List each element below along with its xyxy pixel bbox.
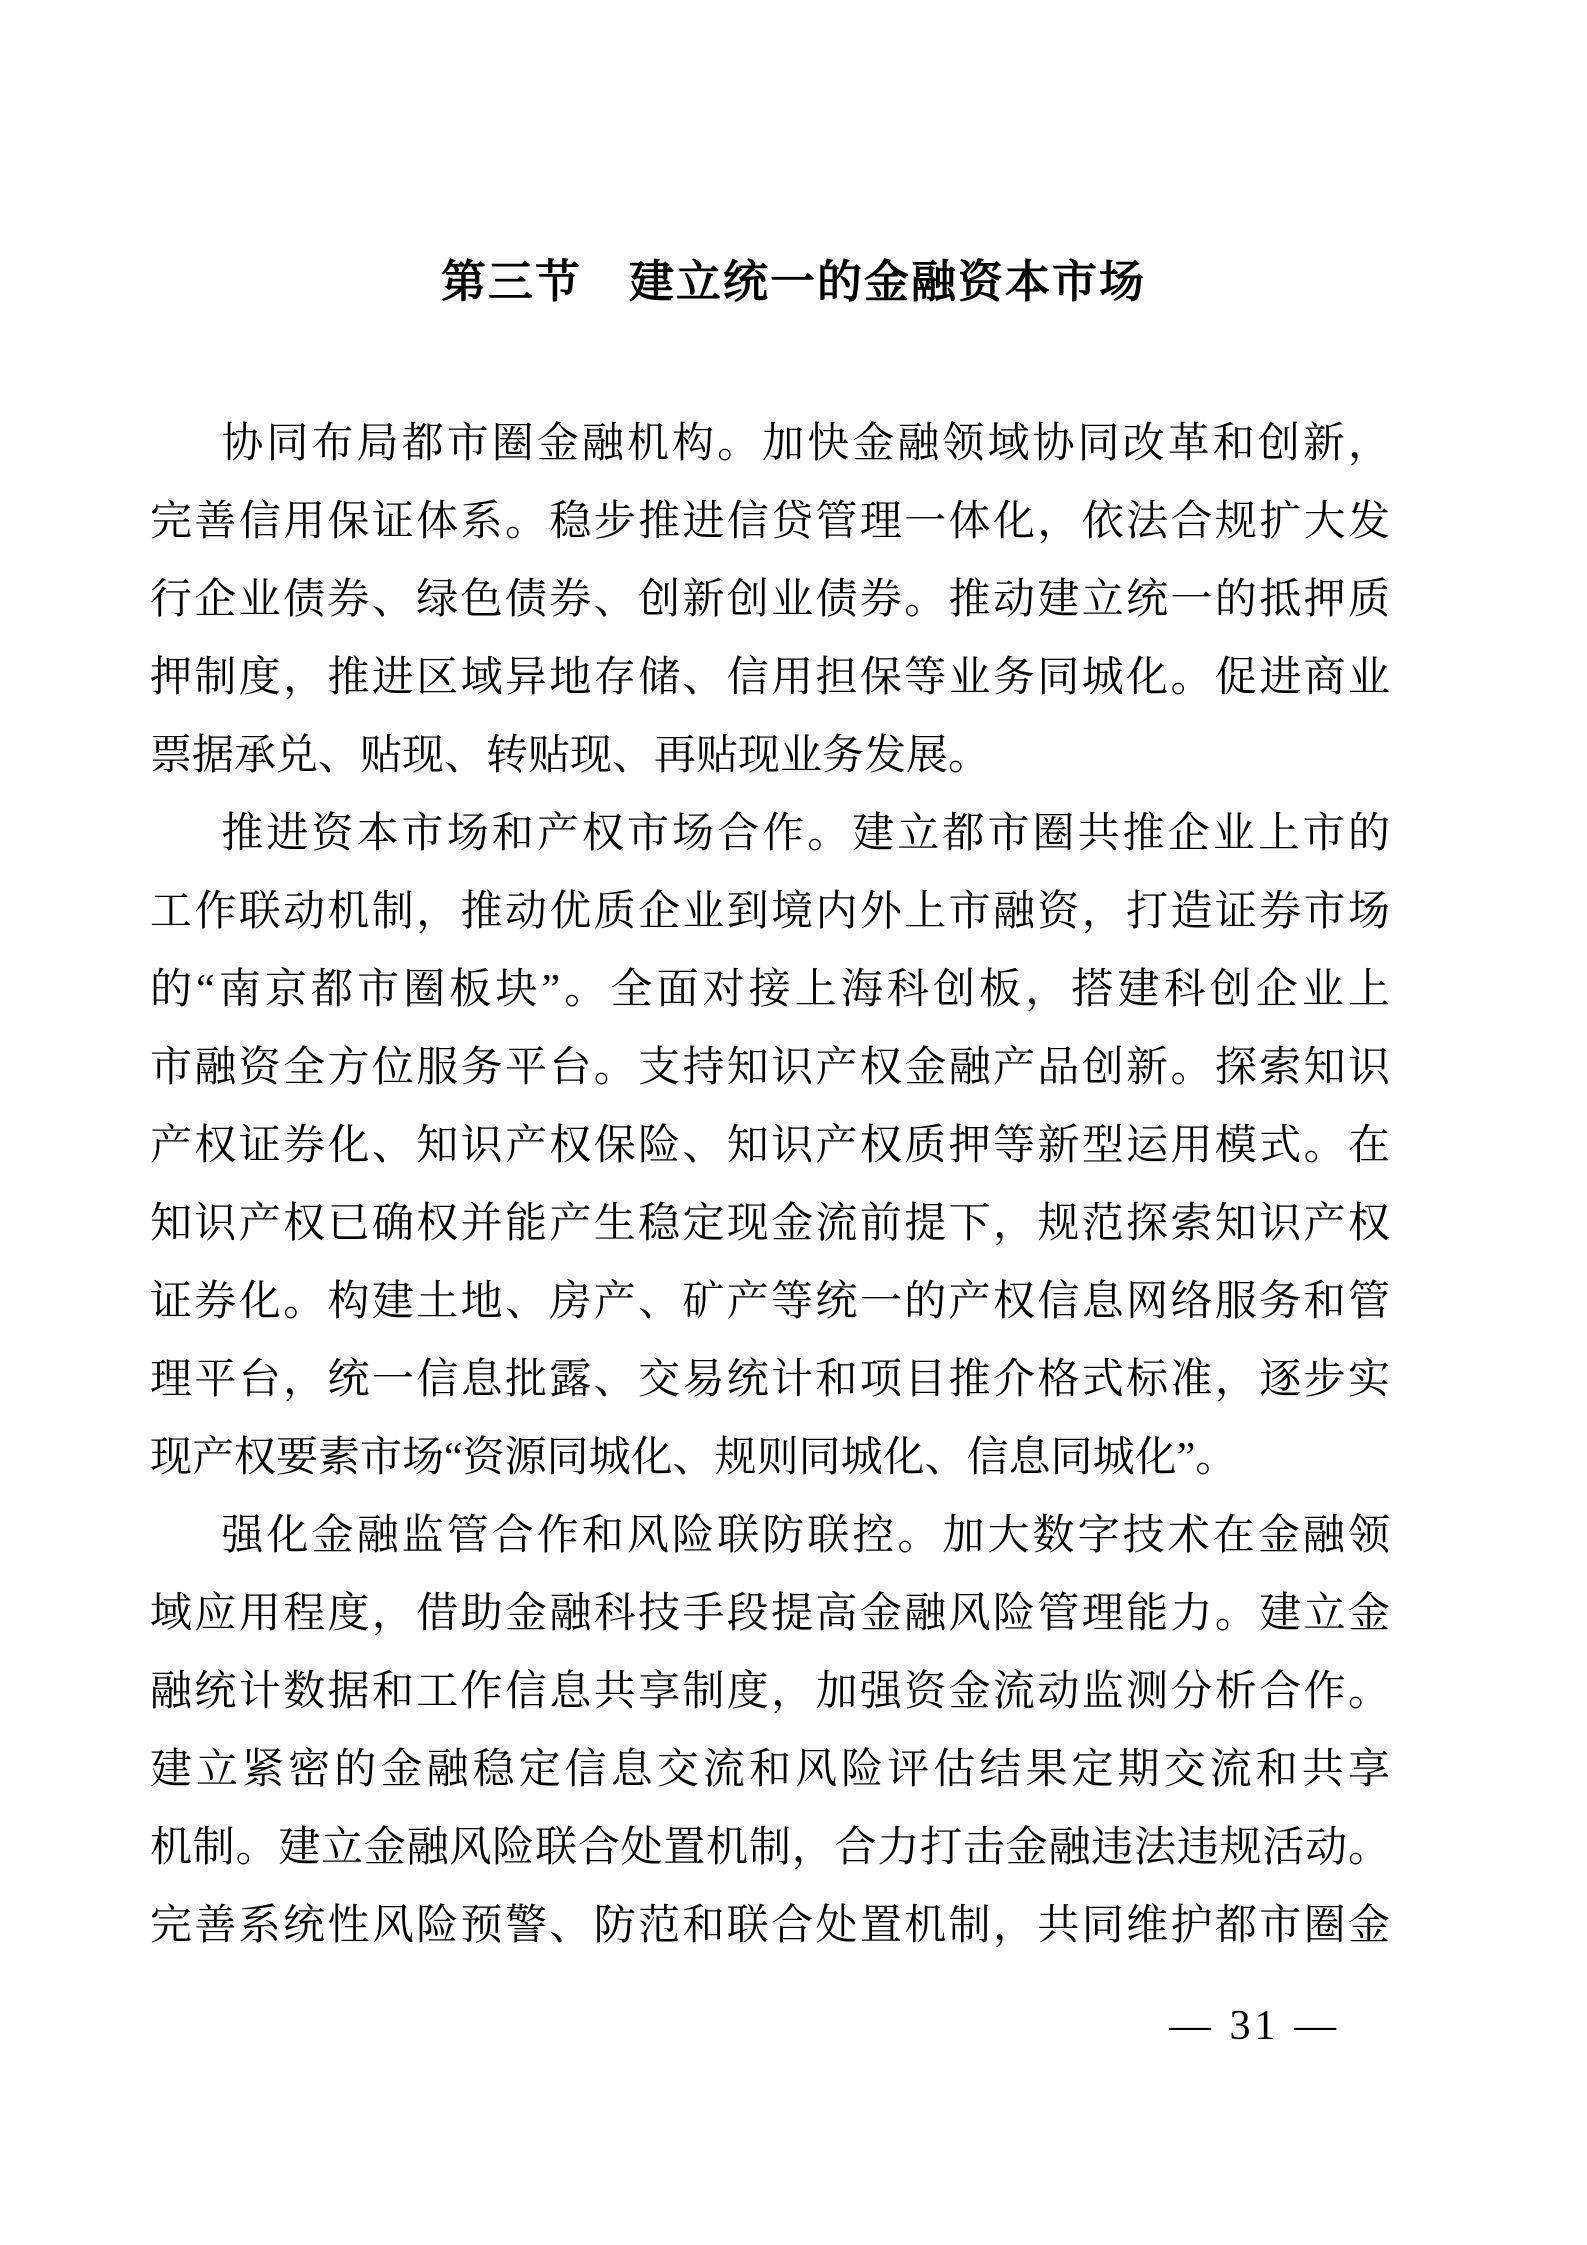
body-line: 建立紧密的金融稳定信息交流和风险评估结果定期交流和共享	[150, 1731, 1390, 1809]
body-line: 现产权要素市场“资源同城化、规则同城化、信息同城化”。	[150, 1419, 1390, 1497]
body-line: 推进资本市场和产权市场合作。建立都市圈共推企业上市的	[150, 795, 1390, 873]
body-line: 机制。建立金融风险联合处置机制，合力打击金融违法违规活动。	[150, 1809, 1390, 1887]
body-line: 市融资全方位服务平台。支持知识产权金融产品创新。探索知识	[150, 1029, 1390, 1107]
body-line: 完善系统性风险预警、防范和联合处置机制，共同维护都市圈金	[150, 1887, 1390, 1965]
body-line: 强化金融监管合作和风险联防联控。加大数字技术在金融领	[150, 1497, 1390, 1575]
body-line: 产权证券化、知识产权保险、知识产权质押等新型运用模式。在	[150, 1107, 1390, 1185]
body-line: 融统计数据和工作信息共享制度，加强资金流动监测分析合作。	[150, 1653, 1390, 1731]
body-line: 的“南京都市圈板块”。全面对接上海科创板，搭建科创企业上	[150, 951, 1390, 1029]
body-line: 域应用程度，借助金融科技手段提高金融风险管理能力。建立金	[150, 1575, 1390, 1653]
page-footer: — 31 —	[0, 2000, 1587, 2052]
body-line: 证券化。构建土地、房产、矿产等统一的产权信息网络服务和管	[150, 1263, 1390, 1341]
body-text: 协同布局都市圈金融机构。加快金融领域协同改革和创新， 完善信用保证体系。稳步推进…	[150, 405, 1390, 1965]
body-line: 完善信用保证体系。稳步推进信贷管理一体化，依法合规扩大发	[150, 483, 1390, 561]
section-title: 第三节 建立统一的金融资本市场	[0, 252, 1587, 312]
body-line: 知识产权已确权并能产生稳定现金流前提下，规范探索知识产权	[150, 1185, 1390, 1263]
body-line: 协同布局都市圈金融机构。加快金融领域协同改革和创新，	[150, 405, 1390, 483]
body-line: 工作联动机制，推动优质企业到境内外上市融资，打造证券市场	[150, 873, 1390, 951]
body-line: 票据承兑、贴现、转贴现、再贴现业务发展。	[150, 717, 1390, 795]
document-page: 第三节 建立统一的金融资本市场 协同布局都市圈金融机构。加快金融领域协同改革和创…	[0, 0, 1587, 2245]
body-line: 押制度，推进区域异地存储、信用担保等业务同城化。促进商业	[150, 639, 1390, 717]
page-number: — 31 —	[1169, 2003, 1340, 2049]
body-line: 理平台，统一信息批露、交易统计和项目推介格式标准，逐步实	[150, 1341, 1390, 1419]
body-line: 行企业债券、绿色债券、创新创业债券。推动建立统一的抵押质	[150, 561, 1390, 639]
